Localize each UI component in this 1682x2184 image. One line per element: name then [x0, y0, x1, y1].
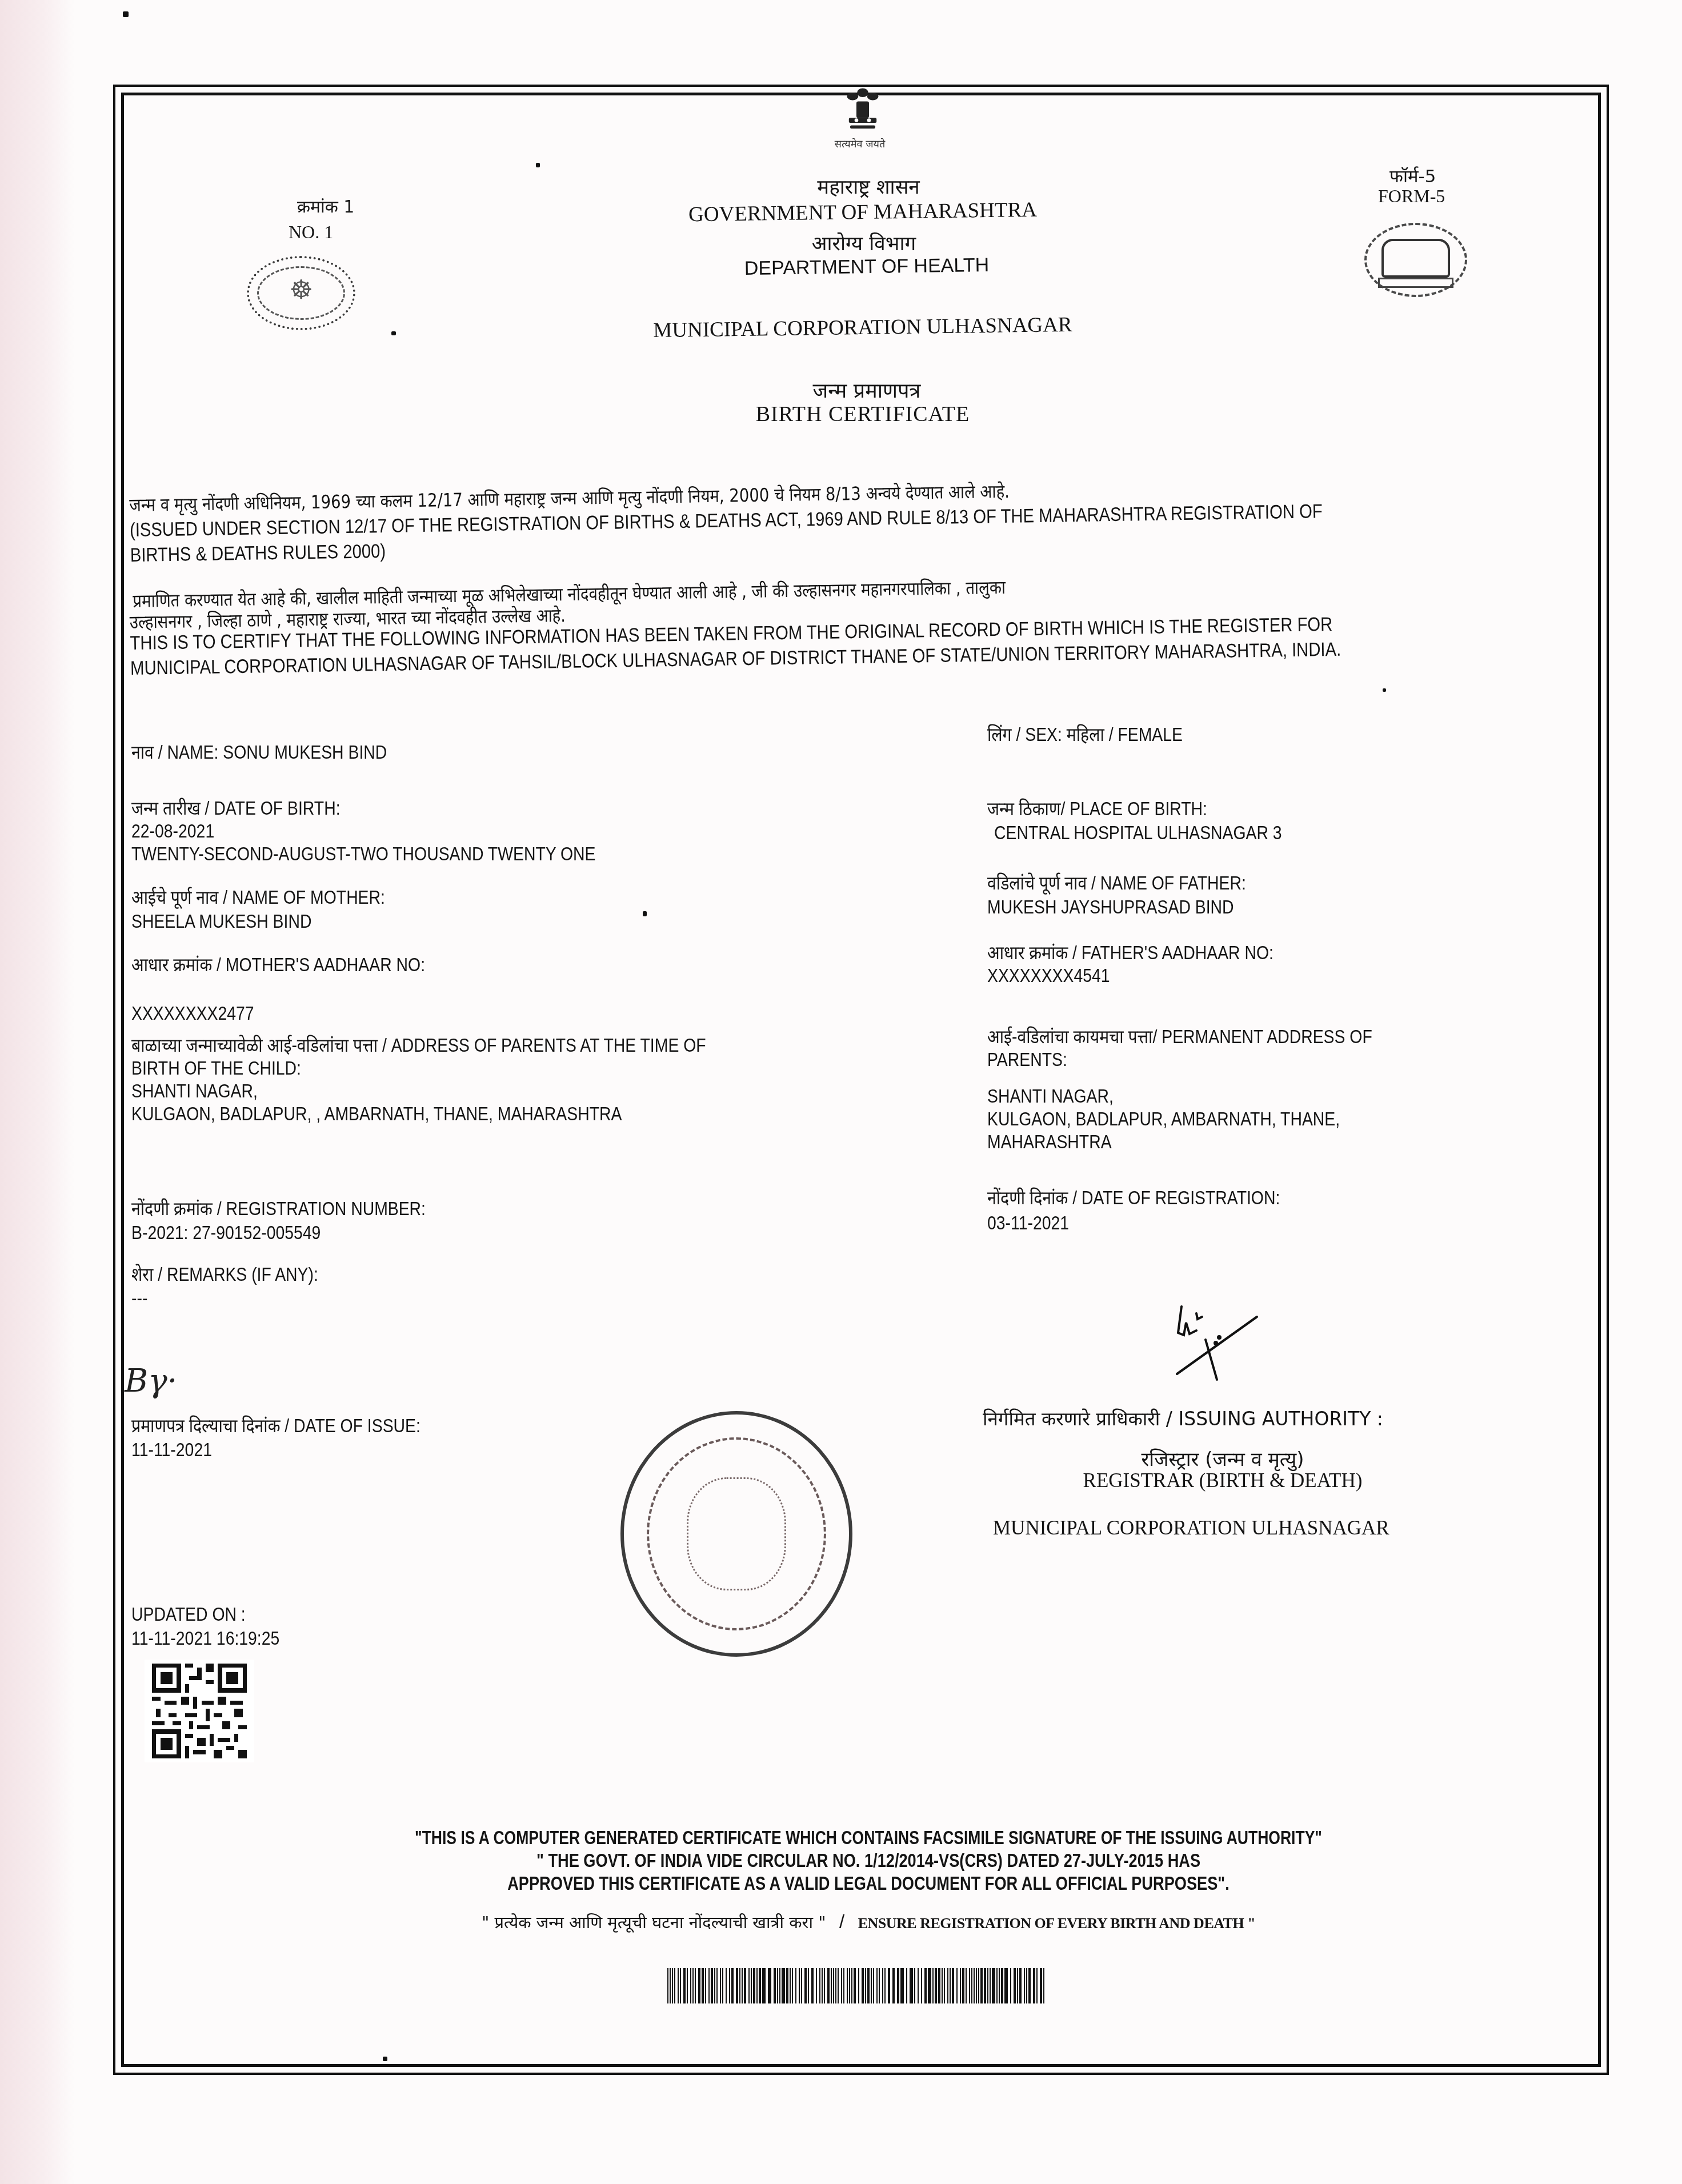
issuing-authority-label: निर्गमित करणारे प्राधिकारी / ISSUING AUT…	[983, 1405, 1383, 1431]
field-label: बाळाच्या जन्माच्यावेळी आई-वडिलांचा पत्ता…	[131, 1034, 706, 1057]
scan-speck	[643, 911, 647, 916]
registration-slogan: " प्रत्येक जन्म आणि मृत्यूची घटना नोंदल्…	[482, 1911, 1255, 1933]
field-label: प्रमाणपत्र दिल्याचा दिनांक / DATE OF ISS…	[131, 1414, 421, 1438]
field-label: आधार क्रमांक / MOTHER'S AADHAAR NO:	[131, 951, 425, 977]
field-father-aadhaar: आधार क्रमांक / FATHER'S AADHAAR NO: XXXX…	[987, 941, 1320, 987]
certificate-title: BIRTH CERTIFICATE	[756, 402, 970, 427]
field-label: वडिलांचे पूर्ण नाव / NAME OF FATHER:	[987, 871, 1246, 895]
slogan-marathi: " प्रत्येक जन्म आणि मृत्यूची घटना नोंदल्…	[482, 1913, 826, 1932]
address-at-birth-line: SHANTI NAGAR,	[131, 1080, 258, 1103]
address-at-birth-line: KULGAON, BADLAPUR, , AMBARNATH, THANE, M…	[131, 1103, 622, 1125]
updated-on-value: 11-11-2021 16:19:25	[131, 1626, 279, 1650]
corporation-seal-icon	[1364, 223, 1467, 297]
field-label: आईचे पूर्ण नाव / NAME OF MOTHER:	[131, 885, 385, 909]
form-number: FORM-5	[1378, 186, 1445, 207]
field-sex: लिंग / SEX: महिला / FEMALE	[987, 721, 1215, 747]
official-round-stamp-icon	[620, 1411, 852, 1657]
field-label: BIRTH OF THE CHILD:	[131, 1057, 301, 1080]
field-label: जन्म ठिकाण/ PLACE OF BIRTH:	[987, 797, 1207, 821]
legal-validity-notice: APPROVED THIS CERTIFICATE AS A VALID LEG…	[417, 1873, 1320, 1895]
date-of-birth-words: TWENTY-SECOND-AUGUST-TWO THOUSAND TWENTY…	[131, 843, 596, 865]
mother-name-value: SHEELA MUKESH BIND	[131, 909, 311, 933]
registrar-title-marathi: रजिस्ट्रार (जन्म व मृत्यु)	[1141, 1445, 1304, 1472]
slogan-separator: /	[839, 1911, 844, 1932]
father-name-value: MUKESH JAYSHUPRASAD BIND	[987, 895, 1234, 919]
field-address-at-birth: बाळाच्या जन्माच्यावेळी आई-वडिलांचा पत्ता…	[131, 1034, 799, 1125]
barcode-icon	[667, 1968, 1044, 2003]
date-of-birth-value: 22-08-2021	[131, 820, 214, 843]
mother-aadhaar-value: XXXXXXXX2477	[131, 1003, 254, 1024]
department-name-marathi: आरोग्य विभाग	[812, 230, 916, 257]
computer-generated-notice: "THIS IS A COMPUTER GENERATED CERTIFICAT…	[287, 1827, 1450, 1849]
govt-circular-notice: " THE GOVT. OF INDIA VIDE CIRCULAR NO. 1…	[454, 1850, 1284, 1872]
form-label-marathi: फॉर्म-5	[1389, 164, 1436, 188]
sex-value: महिला / FEMALE	[1067, 724, 1183, 745]
government-name-marathi: महाराष्ट्र शासन	[817, 173, 919, 200]
field-label: जन्म तारीख / DATE OF BIRTH:	[131, 797, 341, 820]
field-permanent-address: आई-वडिलांचा कायमचा पत्ता/ PERMANENT ADDR…	[987, 1025, 1435, 1153]
field-label: नोंदणी दिनांक / DATE OF REGISTRATION:	[987, 1185, 1280, 1211]
updated-on: UPDATED ON : 11-11-2021 16:19:25	[131, 1602, 304, 1650]
registration-date-value: 03-11-2021	[987, 1211, 1069, 1236]
mother-aadhaar-value-wrap: XXXXXXXX2477	[131, 1003, 274, 1024]
serial-number: NO. 1	[289, 222, 333, 243]
scan-speck	[383, 2057, 387, 2061]
field-label: आधार क्रमांक / FATHER'S AADHAAR NO:	[987, 941, 1273, 964]
field-label: नोंदणी क्रमांक / REGISTRATION NUMBER:	[131, 1197, 426, 1221]
place-of-birth-value: CENTRAL HOSPITAL ULHASNAGAR 3	[987, 821, 1282, 845]
field-mother-aadhaar: आधार क्रमांक / MOTHER'S AADHAAR NO:	[131, 951, 473, 977]
field-label: आई-वडिलांचा कायमचा पत्ता/ PERMANENT ADDR…	[987, 1025, 1372, 1048]
permanent-address-line: SHANTI NAGAR,	[987, 1085, 1114, 1108]
issuing-authority-organization: MUNICIPAL CORPORATION ULHASNAGAR	[993, 1517, 1389, 1540]
issue-date-value: 11-11-2021	[131, 1438, 212, 1462]
qr-code-icon	[145, 1660, 254, 1762]
scan-speck	[391, 331, 396, 335]
registrar-title: REGISTRAR (BIRTH & DEATH)	[1083, 1469, 1363, 1492]
scan-speck	[1383, 688, 1386, 692]
field-label: शेरा / REMARKS (IF ANY):	[131, 1263, 318, 1287]
department-name: DEPARTMENT OF HEALTH	[744, 254, 990, 280]
field-remarks: शेरा / REMARKS (IF ANY): ---	[131, 1263, 349, 1311]
field-place-of-birth: जन्म ठिकाण/ PLACE OF BIRTH: CENTRAL HOSP…	[987, 797, 1330, 845]
slogan-english: ENSURE REGISTRATION OF EVERY BIRTH AND D…	[858, 1915, 1255, 1931]
field-label: लिंग / SEX:	[987, 724, 1062, 745]
scan-speck	[123, 11, 129, 17]
registrar-signature-icon	[1171, 1300, 1274, 1385]
field-date-of-issue: प्रमाणपत्र दिल्याचा दिनांक / DATE OF ISS…	[131, 1414, 467, 1462]
remarks-value: ---	[131, 1287, 147, 1311]
paper-edge-shadow	[0, 0, 74, 2184]
field-registration-number: नोंदणी क्रमांक / REGISTRATION NUMBER: B-…	[131, 1197, 474, 1245]
field-name: नाव / NAME: SONU MUKESH BIND	[131, 739, 428, 764]
permanent-address-line: MAHARASHTRA	[987, 1131, 1112, 1153]
national-emblem-icon	[831, 79, 894, 142]
registration-number-value: B-2021: 27-90152-005549	[131, 1221, 321, 1245]
field-label: PARENTS:	[987, 1048, 1067, 1071]
certificate-title-marathi: जन्म प्रमाणपत्र	[813, 376, 921, 404]
field-registration-date: नोंदणी दिनांक / DATE OF REGISTRATION: 03…	[987, 1185, 1328, 1236]
field-mother-name: आईचे पूर्ण नाव / NAME OF MOTHER: SHEELA …	[131, 885, 426, 933]
government-name: GOVERNMENT OF MAHARASHTRA	[688, 198, 1037, 227]
scan-speck	[536, 163, 540, 167]
municipal-seal-icon	[247, 256, 355, 330]
emblem-motto: सत्यमेव जयते	[835, 137, 885, 151]
handwritten-initials: Bγ·	[125, 1363, 177, 1400]
updated-on-label: UPDATED ON :	[131, 1602, 246, 1626]
father-aadhaar-value: XXXXXXXX4541	[987, 964, 1110, 987]
serial-label-marathi: क्रमांक 1	[297, 194, 354, 218]
child-name-value: SONU MUKESH BIND	[223, 742, 387, 763]
field-label: नाव / NAME:	[131, 742, 218, 763]
permanent-address-line: KULGAON, BADLAPUR, AMBARNATH, THANE,	[987, 1108, 1340, 1131]
field-father-name: वडिलांचे पूर्ण नाव / NAME OF FATHER: MUK…	[987, 871, 1288, 919]
field-date-of-birth: जन्म तारीख / DATE OF BIRTH: 22-08-2021 T…	[131, 797, 671, 865]
